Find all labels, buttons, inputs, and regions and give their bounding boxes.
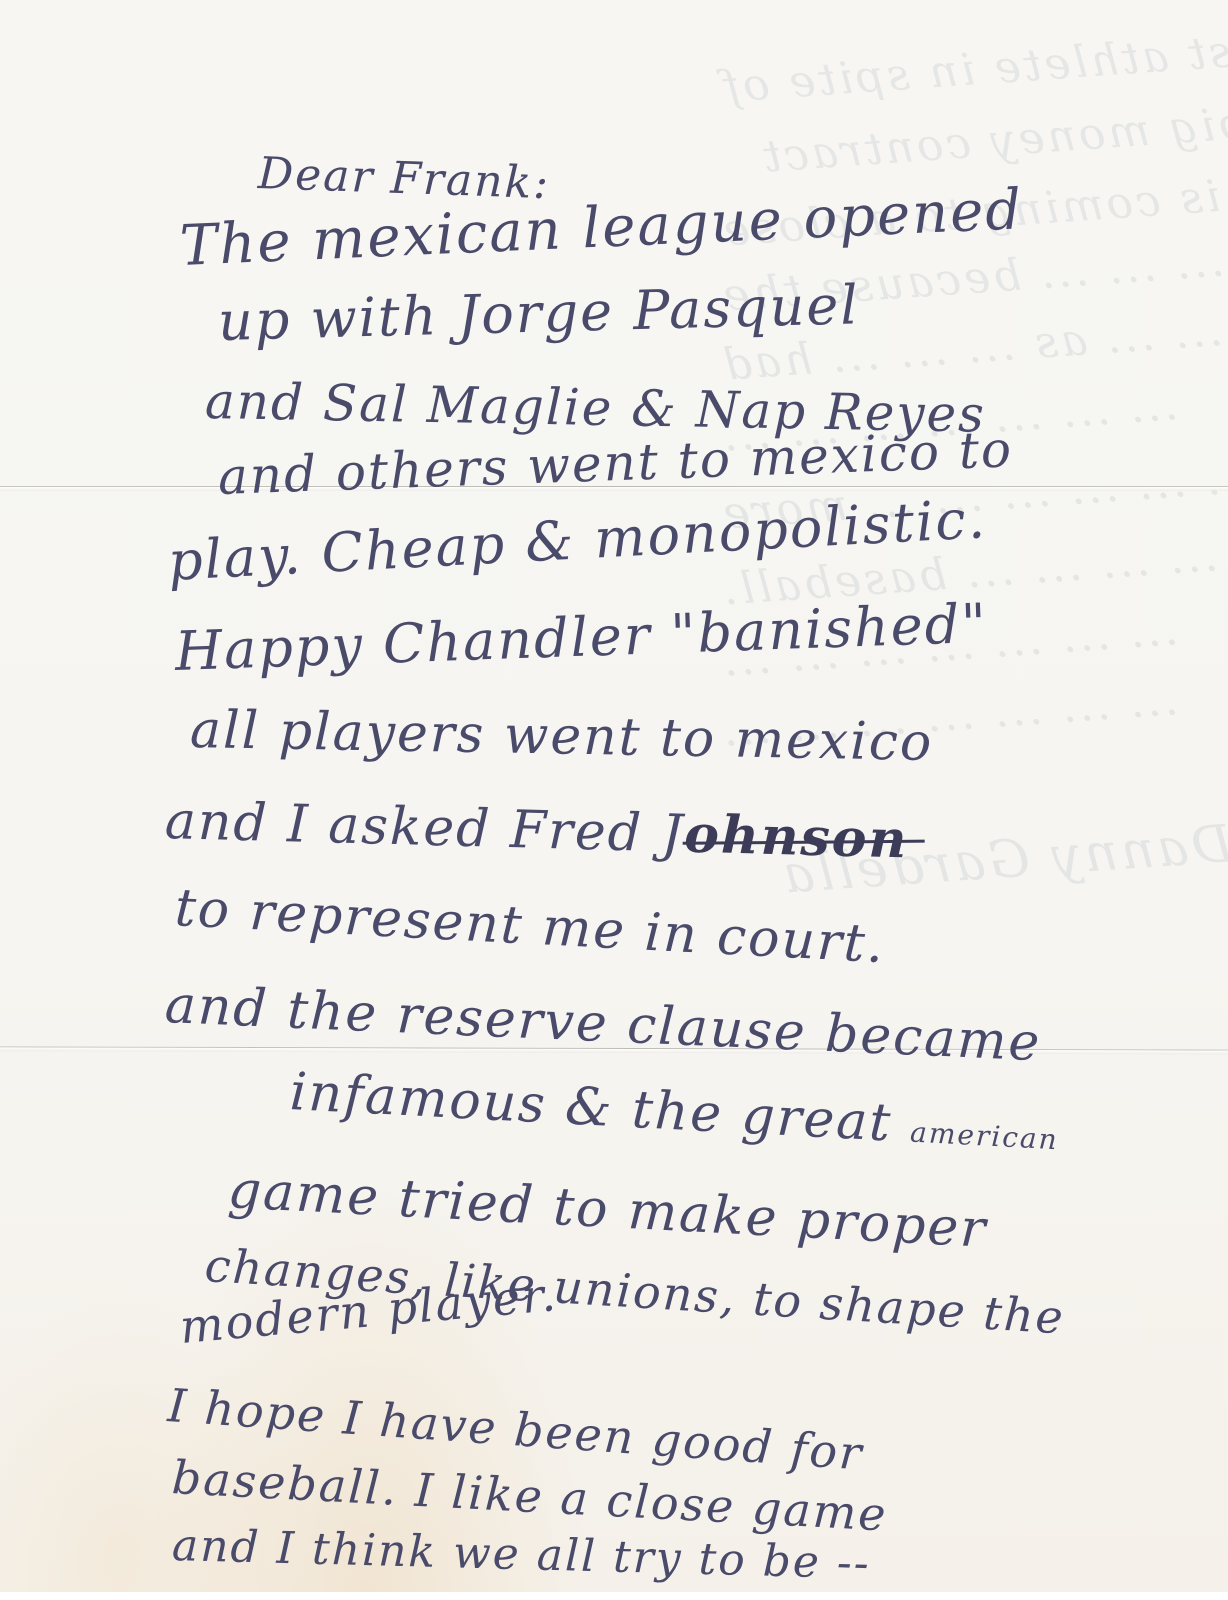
- letter-line-text: infamous & the great: [288, 1062, 912, 1154]
- letter-line: and I asked Fred Johnson: [164, 790, 909, 870]
- letter-line-text: american: [909, 1116, 1059, 1157]
- letter-body: Dear Frank: The mexican league opened up…: [0, 0, 1228, 1600]
- letter-line: Happy Chandler "banished": [174, 592, 989, 683]
- letter-line: up with Jorge Pasquel: [217, 273, 860, 353]
- letter-line: infamous & the great american: [288, 1062, 1060, 1162]
- letter-line: all players went to mexico: [189, 700, 933, 773]
- overwritten-text: ohnson: [684, 804, 910, 871]
- letter-line: and the reserve clause became: [164, 975, 1043, 1073]
- letter-line: to represent me in court.: [173, 878, 886, 975]
- letter-line: game tried to make proper: [226, 1160, 988, 1260]
- letter-line-text: and I asked Fred J: [164, 791, 685, 865]
